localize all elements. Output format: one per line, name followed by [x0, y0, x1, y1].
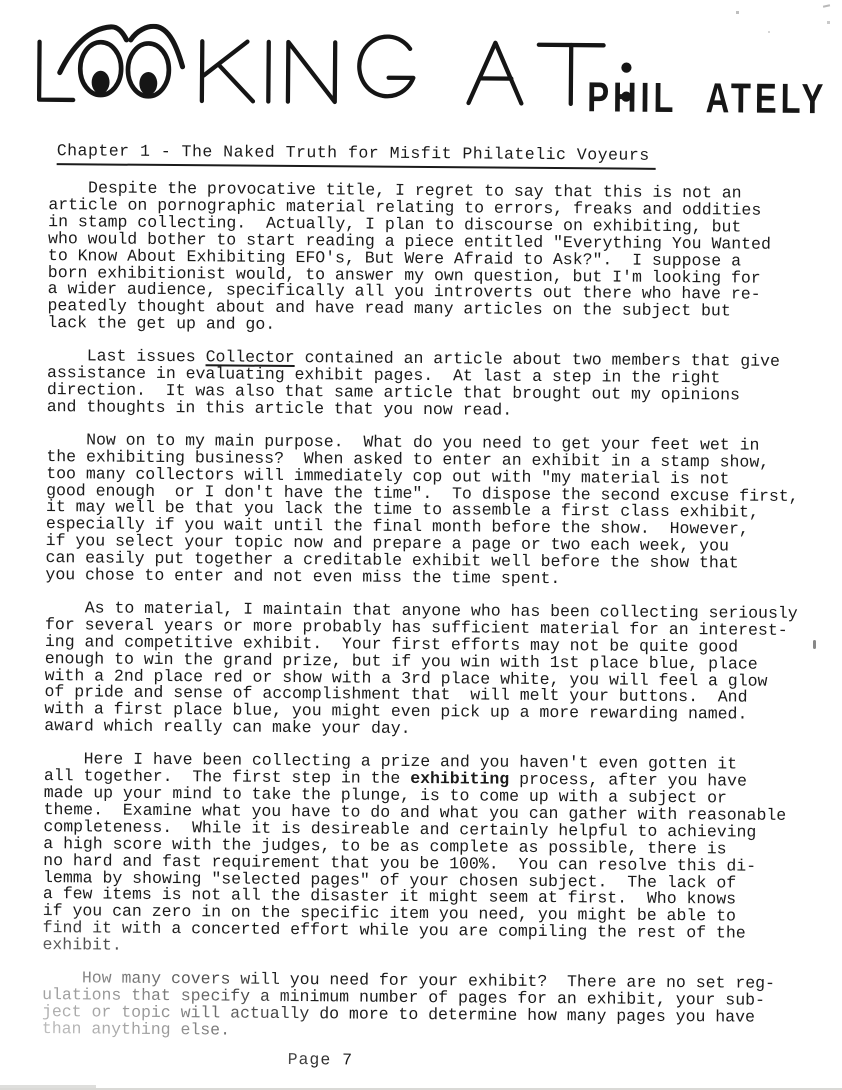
paragraph-collector: Last issues Collector contained an artic… [47, 348, 842, 422]
letter-g [359, 36, 414, 96]
chapter-heading-text: Chapter 1 - The Naked Truth for Misfit P… [57, 141, 656, 170]
scan-speck [827, 21, 830, 24]
letter-a [469, 43, 522, 104]
eye-icon [128, 26, 183, 96]
scan-speck [813, 640, 816, 649]
eye-icon [60, 26, 127, 95]
scanned-document-page: PHIL ATELY Chapter 1 - The Naked Truth f… [0, 0, 842, 1090]
scan-bottom-corner [0, 1085, 96, 1088]
paragraph-first-step-post: process, after you have made up your min… [42, 770, 786, 955]
looking-at-wordmark [27, 23, 650, 113]
page-number: Page 7 [288, 1050, 838, 1073]
page-footer: Page 7 [0, 1047, 838, 1073]
paragraph-material: As to material, I maintain that anyone w… [44, 600, 841, 741]
scan-speck [823, 4, 830, 7]
scan-speck [768, 31, 770, 33]
paragraph-covers: How many covers will you need for your e… [42, 970, 839, 1044]
masthead-phil-ately: PHIL ATELY [587, 73, 827, 123]
paragraph-first-step: Here I have been collecting a prize and … [42, 751, 840, 960]
chapter-heading: Chapter 1 - The Naked Truth for Misfit P… [57, 141, 842, 171]
paragraph-main-purpose: Now on to my main purpose. What do you n… [45, 432, 842, 590]
paragraph-intro: Despite the provocative title, I regret … [47, 180, 842, 338]
scan-speck [736, 11, 739, 14]
masthead: PHIL ATELY [27, 23, 834, 141]
letter-k [202, 41, 254, 101]
article-body: Despite the provocative title, I regret … [42, 180, 842, 1044]
letter-n [288, 42, 335, 102]
letter-l [39, 42, 74, 100]
